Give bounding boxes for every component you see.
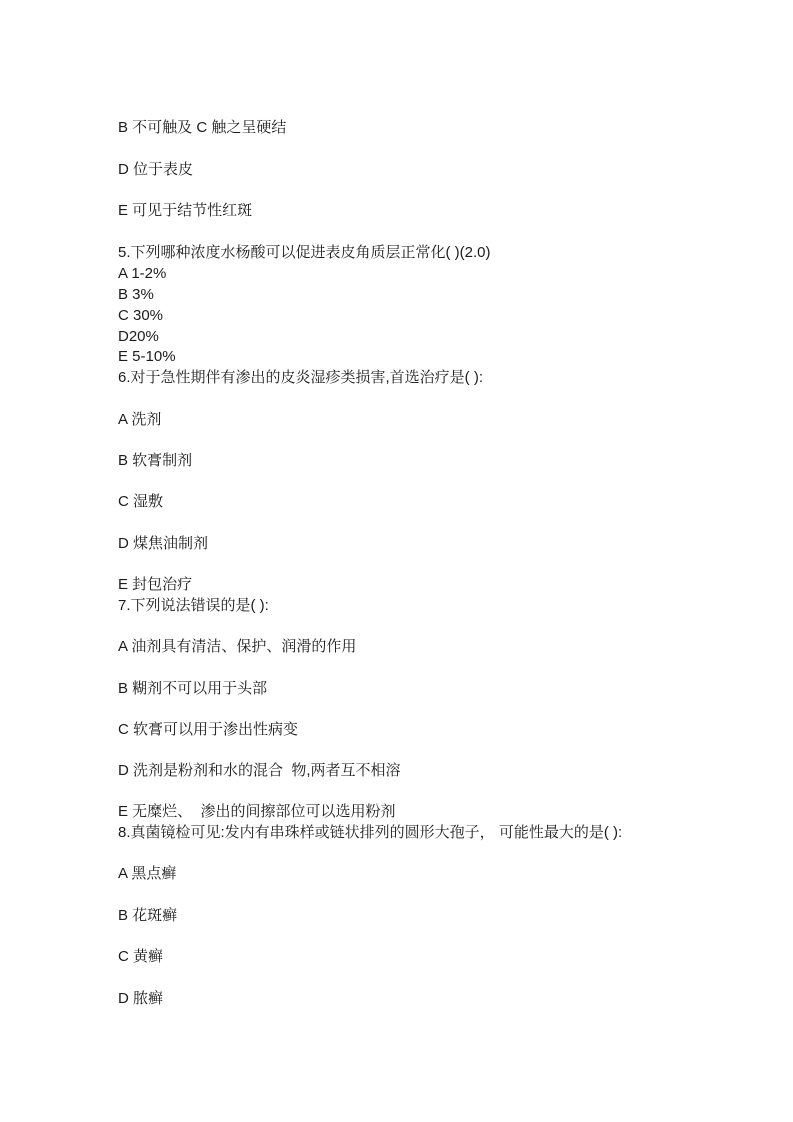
question-8-option-c: C 黄癣 — [118, 947, 163, 967]
question-5-option-e: E 5-10% — [118, 347, 176, 367]
question-4-option-e: E 可见于结节性红斑 — [118, 201, 252, 221]
question-8-option-b: B 花斑癣 — [118, 906, 177, 926]
question-7-stem: 7.下列说法错误的是( ): — [118, 596, 269, 616]
question-5-option-a: A 1-2% — [118, 264, 166, 284]
question-7-option-b: B 糊剂不可以用于头部 — [118, 679, 267, 699]
question-7-option-a: A 油剂具有清洁、保护、润滑的作用 — [118, 637, 356, 657]
question-7-option-e: E 无糜烂、 渗出的间擦部位可以选用粉剂 — [118, 802, 396, 822]
document-page: B 不可触及 C 触之呈硬结 D 位于表皮 E 可见于结节性红斑 5.下列哪种浓… — [0, 0, 793, 1122]
question-5-option-d: D20% — [118, 327, 159, 347]
question-6-stem: 6.对于急性期伴有渗出的皮炎湿疹类损害,首选治疗是( ): — [118, 368, 483, 388]
question-6-option-b: B 软膏制剂 — [118, 451, 192, 471]
question-7-option-c: C 软膏可以用于渗出性病变 — [118, 720, 298, 740]
question-5-stem: 5.下列哪种浓度水杨酸可以促进表皮角质层正常化( )(2.0) — [118, 243, 491, 263]
question-5-option-b: B 3% — [118, 285, 154, 305]
question-4-option-d: D 位于表皮 — [118, 160, 193, 180]
question-8-option-d: D 脓癣 — [118, 989, 163, 1009]
question-7-option-d: D 洗剂是粉剂和水的混合 物,两者互不相溶 — [118, 761, 401, 781]
question-6-option-c: C 湿敷 — [118, 492, 163, 512]
question-5-option-c: C 30% — [118, 306, 163, 326]
question-4-option-b-c: B 不可触及 C 触之呈硬结 — [118, 118, 286, 138]
question-6-option-e: E 封包治疗 — [118, 575, 192, 595]
question-6-option-a: A 洗剂 — [118, 410, 161, 430]
question-8-stem: 8.真菌镜检可见:发内有串珠样或链状排列的圆形大孢子， 可能性最大的是( ): — [118, 823, 622, 843]
question-6-option-d: D 煤焦油制剂 — [118, 534, 208, 554]
question-8-option-a: A 黑点癣 — [118, 864, 176, 884]
